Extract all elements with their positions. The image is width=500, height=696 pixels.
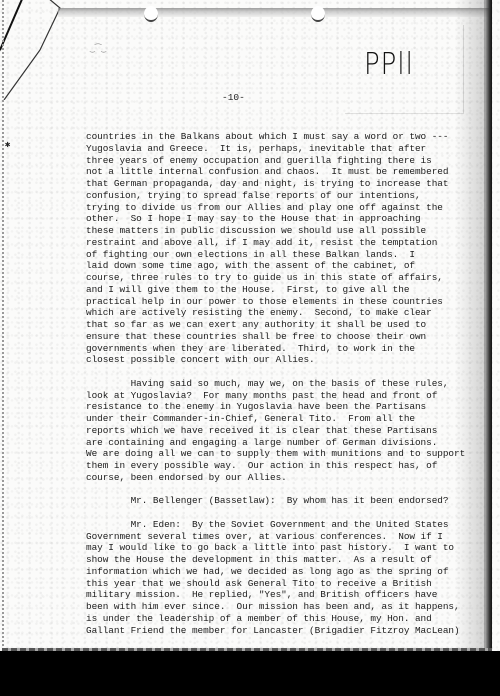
text-line: Gallant Friend the member for Lancaster … (86, 625, 486, 637)
text-line: Government several times over, at variou… (86, 531, 486, 543)
page-number: -10- (222, 92, 245, 103)
text-line: not a little internal confusion and chao… (86, 166, 486, 178)
text-line: Mr. Eden: By the Soviet Government and t… (86, 519, 486, 531)
text-line: Yugoslavia and Greece. It is, perhaps, i… (86, 143, 486, 155)
text-line: of fighting our own elections in all the… (86, 249, 486, 261)
text-line: show the House the development in this m… (86, 554, 486, 566)
text-line: countries in the Balkans about which I m… (86, 131, 486, 143)
text-line: look at Yugoslavia? For many months past… (86, 390, 486, 402)
text-line: trying to divide us from our Allies and … (86, 202, 486, 214)
text-line: confusion, trying to spread false report… (86, 190, 486, 202)
text-line: under their Commander-in-Chief, General … (86, 413, 486, 425)
scanner-black-band (0, 651, 500, 696)
paragraph-interjection: Mr. Bellenger (Bassetlaw): By whom has i… (86, 495, 486, 507)
text-line: Having said so much, may we, on the basi… (86, 378, 486, 390)
text-line: Mr. Bellenger (Bassetlaw): By whom has i… (86, 495, 486, 507)
text-line: course, three rules to try to guide us i… (86, 272, 486, 284)
text-line: these matters in public discussion we sh… (86, 225, 486, 237)
text-line: ensure that these countries shall be fre… (86, 331, 486, 343)
text-line: practical help in our power to those ele… (86, 296, 486, 308)
text-line: three years of enemy occupation and guer… (86, 155, 486, 167)
text-line: which are actively resisting the enemy. … (86, 307, 486, 319)
punch-hole (144, 6, 158, 22)
handwritten-annotation: PPll (364, 48, 414, 83)
text-line: closest possible concert with our Allies… (86, 354, 486, 366)
staple-mark: ✱ (5, 140, 10, 150)
text-line: laid down some time ago, with the assent… (86, 260, 486, 272)
text-line: We are doing all we can to supply them w… (86, 448, 486, 460)
text-line: are containing and engaging a large numb… (86, 437, 486, 449)
text-line: may I would like to go back a little int… (86, 542, 486, 554)
text-line: this year that we should ask General Tit… (86, 578, 486, 590)
left-page-edge (2, 0, 4, 651)
text-line: is under the leadership of a member of t… (86, 613, 486, 625)
text-line: military mission. He replied, "Yes", and… (86, 589, 486, 601)
text-line: information which we had, we decided as … (86, 566, 486, 578)
text-line: resistance to the enemy in Yugoslavia ha… (86, 401, 486, 413)
text-line: been with him ever since. Our mission ha… (86, 601, 486, 613)
paragraph: countries in the Balkans about which I m… (86, 131, 486, 366)
text-line: other. So I hope I may say to the House … (86, 213, 486, 225)
paragraph: Having said so much, may we, on the basi… (86, 378, 486, 484)
text-line: that so far as we can exert any authorit… (86, 319, 486, 331)
text-line: restraint and above all, if I may add it… (86, 237, 486, 249)
scanned-page: ‿⁀‿ ✱ PPll -10- countries in the Balkans… (0, 0, 500, 651)
document-body: countries in the Balkans about which I m… (86, 131, 486, 636)
pencil-mark: ‿⁀‿ (90, 44, 106, 54)
text-line: that German propaganda, day and night, i… (86, 178, 486, 190)
text-line: and I will give them to the House. First… (86, 284, 486, 296)
paragraph: Mr. Eden: By the Soviet Government and t… (86, 519, 486, 637)
text-line: course, been endorsed by our Allies. (86, 472, 486, 484)
top-page-edge (58, 8, 492, 17)
punch-hole (311, 6, 325, 22)
text-line: governments when they are liberated. Thi… (86, 343, 486, 355)
text-line: them in every possible way. Our action i… (86, 460, 486, 472)
text-line: reports which we have received it is cle… (86, 425, 486, 437)
